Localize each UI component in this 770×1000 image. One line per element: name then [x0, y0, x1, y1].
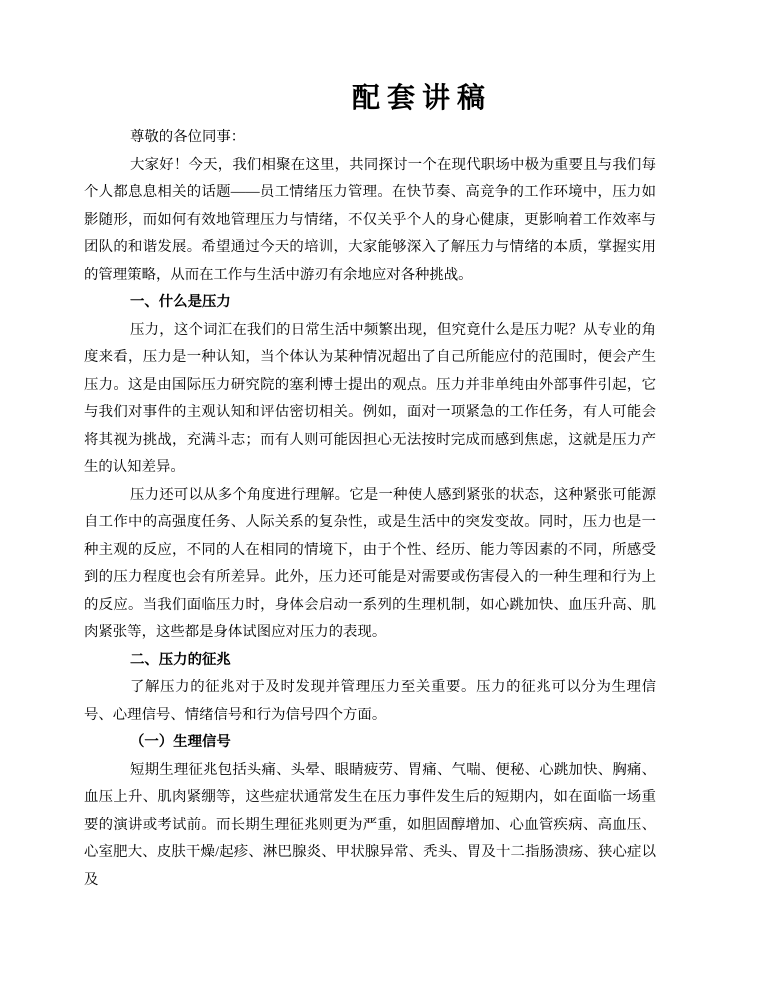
- subsection-heading-physiological-signals: （一）生理信号: [84, 729, 656, 757]
- doc-body: 尊敬的各位同事： 大家好！今天，我们相聚在这里，共同探讨一个在现代职场中极为重要…: [84, 124, 656, 894]
- section-heading-what-is-stress: 一、什么是压力: [84, 289, 656, 317]
- section-heading-stress-signs: 二、压力的征兆: [84, 647, 656, 675]
- paragraph-stress-perspectives: 压力还可以从多个角度进行理解。它是一种使人感到紧张的状态，这种紧张可能源自工作中…: [84, 482, 656, 647]
- paragraph-salutation: 尊敬的各位同事：: [84, 124, 656, 152]
- paragraph-intro: 大家好！今天，我们相聚在这里，共同探讨一个在现代职场中极为重要且与我们每个人都息…: [84, 152, 656, 290]
- document-page: 配套讲稿 尊敬的各位同事： 大家好！今天，我们相聚在这里，共同探讨一个在现代职场…: [0, 0, 770, 1000]
- doc-title: 配套讲稿: [136, 82, 708, 116]
- paragraph-stress-definition: 压力，这个词汇在我们的日常生活中频繁出现，但究竟什么是压力呢？从专业的角度来看，…: [84, 317, 656, 482]
- paragraph-physiological-signs: 短期生理征兆包括头痛、头晕、眼睛疲劳、胃痛、气喘、便秘、心跳加快、胸痛、血压上升…: [84, 757, 656, 895]
- paragraph-signs-overview: 了解压力的征兆对于及时发现并管理压力至关重要。压力的征兆可以分为生理信号、心理信…: [84, 674, 656, 729]
